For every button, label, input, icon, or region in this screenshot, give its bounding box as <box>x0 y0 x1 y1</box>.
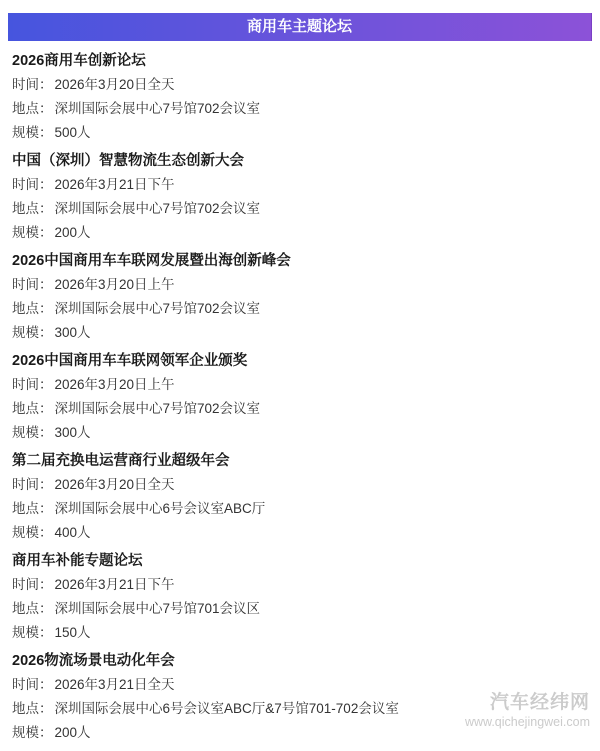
forum-time-label: 时间： <box>12 77 53 92</box>
forum-title: 中国（深圳）智慧物流生态创新大会 <box>12 149 588 173</box>
forum-location-label: 地点： <box>12 601 53 616</box>
forum-scale-value: 400人 <box>55 525 91 540</box>
forum-location-value: 深圳国际会展中心7号馆702会议室 <box>55 201 261 216</box>
forum-time-label: 时间： <box>12 177 53 192</box>
forum-scale-value: 200人 <box>55 725 91 740</box>
forum-time-value: 2026年3月21日下午 <box>55 177 175 192</box>
header-banner: 商用车主题论坛 <box>8 13 592 41</box>
forum-title: 商用车补能专题论坛 <box>12 549 588 573</box>
forum-location-line: 地点：深圳国际会展中心6号会议室ABC厅 <box>12 497 588 521</box>
forum-scale-value: 200人 <box>55 225 91 240</box>
forum-location-line: 地点：深圳国际会展中心7号馆701会议区 <box>12 597 588 621</box>
forum-time-line: 时间：2026年3月20日上午 <box>12 273 588 297</box>
forum-scale-label: 规模： <box>12 325 53 340</box>
forum-scale-line: 规模：150人 <box>12 621 588 645</box>
forum-item: 2026商用车创新论坛 时间：2026年3月20日全天 地点：深圳国际会展中心7… <box>12 49 588 145</box>
forum-location-line: 地点：深圳国际会展中心7号馆702会议室 <box>12 397 588 421</box>
forum-scale-line: 规模：200人 <box>12 221 588 245</box>
forum-location-value: 深圳国际会展中心6号会议室ABC厅 <box>55 501 266 516</box>
forum-scale-line: 规模：400人 <box>12 521 588 545</box>
forum-time-value: 2026年3月21日下午 <box>55 577 175 592</box>
forum-location-label: 地点： <box>12 501 53 516</box>
forum-item: 2026中国商用车车联网领军企业颁奖 时间：2026年3月20日上午 地点：深圳… <box>12 349 588 445</box>
forum-title: 2026物流场景电动化年会 <box>12 649 588 673</box>
forum-item: 2026中国商用车车联网发展暨出海创新峰会 时间：2026年3月20日上午 地点… <box>12 249 588 345</box>
forum-time-label: 时间： <box>12 377 53 392</box>
forum-scale-label: 规模： <box>12 425 53 440</box>
forum-location-label: 地点： <box>12 101 53 116</box>
forum-scale-value: 500人 <box>55 125 91 140</box>
page-title: 商用车主题论坛 <box>247 18 352 35</box>
forum-time-line: 时间：2026年3月21日全天 <box>12 673 588 697</box>
forum-location-line: 地点：深圳国际会展中心7号馆702会议室 <box>12 197 588 221</box>
forum-time-line: 时间：2026年3月21日下午 <box>12 173 588 197</box>
forum-scale-value: 300人 <box>55 325 91 340</box>
forum-item: 第二届充换电运营商行业超级年会 时间：2026年3月20日全天 地点：深圳国际会… <box>12 449 588 545</box>
forum-time-label: 时间： <box>12 477 53 492</box>
forum-location-value: 深圳国际会展中心7号馆702会议室 <box>55 101 261 116</box>
forum-scale-label: 规模： <box>12 525 53 540</box>
forum-location-label: 地点： <box>12 301 53 316</box>
forum-item: 2026物流场景电动化年会 时间：2026年3月21日全天 地点：深圳国际会展中… <box>12 649 588 745</box>
forum-item: 中国（深圳）智慧物流生态创新大会 时间：2026年3月21日下午 地点：深圳国际… <box>12 149 588 245</box>
forum-scale-label: 规模： <box>12 225 53 240</box>
forum-time-line: 时间：2026年3月21日下午 <box>12 573 588 597</box>
forum-location-value: 深圳国际会展中心7号馆702会议室 <box>55 301 261 316</box>
forum-item: 商用车补能专题论坛 时间：2026年3月21日下午 地点：深圳国际会展中心7号馆… <box>12 549 588 645</box>
forum-location-label: 地点： <box>12 701 53 716</box>
forum-scale-label: 规模： <box>12 725 53 740</box>
forum-scale-value: 300人 <box>55 425 91 440</box>
forum-title: 2026商用车创新论坛 <box>12 49 588 73</box>
forum-time-line: 时间：2026年3月20日上午 <box>12 373 588 397</box>
forum-time-line: 时间：2026年3月20日全天 <box>12 473 588 497</box>
forum-scale-line: 规模：200人 <box>12 721 588 745</box>
forum-title: 第二届充换电运营商行业超级年会 <box>12 449 588 473</box>
forum-scale-line: 规模：500人 <box>12 121 588 145</box>
forum-scale-line: 规模：300人 <box>12 421 588 445</box>
forum-title: 2026中国商用车车联网发展暨出海创新峰会 <box>12 249 588 273</box>
forum-location-value: 深圳国际会展中心7号馆702会议室 <box>55 401 261 416</box>
forum-location-value: 深圳国际会展中心7号馆701会议区 <box>55 601 261 616</box>
forum-time-value: 2026年3月21日全天 <box>55 677 175 692</box>
forum-list: 2026商用车创新论坛 时间：2026年3月20日全天 地点：深圳国际会展中心7… <box>0 41 600 745</box>
forum-location-line: 地点：深圳国际会展中心7号馆702会议室 <box>12 297 588 321</box>
forum-location-label: 地点： <box>12 401 53 416</box>
forum-title: 2026中国商用车车联网领军企业颁奖 <box>12 349 588 373</box>
forum-scale-label: 规模： <box>12 125 53 140</box>
forum-time-line: 时间：2026年3月20日全天 <box>12 73 588 97</box>
forum-location-value: 深圳国际会展中心6号会议室ABC厅&7号馆701-702会议室 <box>55 701 399 716</box>
forum-location-line: 地点：深圳国际会展中心6号会议室ABC厅&7号馆701-702会议室 <box>12 697 588 721</box>
forum-time-label: 时间： <box>12 577 53 592</box>
forum-time-value: 2026年3月20日上午 <box>55 277 175 292</box>
forum-scale-line: 规模：300人 <box>12 321 588 345</box>
forum-time-label: 时间： <box>12 277 53 292</box>
forum-time-value: 2026年3月20日全天 <box>55 77 175 92</box>
forum-time-value: 2026年3月20日全天 <box>55 477 175 492</box>
page: 商用车主题论坛 2026商用车创新论坛 时间：2026年3月20日全天 地点：深… <box>0 0 600 751</box>
forum-location-label: 地点： <box>12 201 53 216</box>
forum-scale-label: 规模： <box>12 625 53 640</box>
forum-scale-value: 150人 <box>55 625 91 640</box>
forum-time-value: 2026年3月20日上午 <box>55 377 175 392</box>
forum-location-line: 地点：深圳国际会展中心7号馆702会议室 <box>12 97 588 121</box>
forum-time-label: 时间： <box>12 677 53 692</box>
